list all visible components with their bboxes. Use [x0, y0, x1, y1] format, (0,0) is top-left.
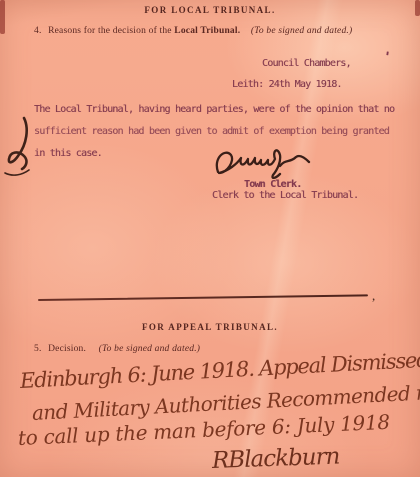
- appeal-signature: RBlackburn: [212, 444, 340, 474]
- divider-tail-mark: ,: [372, 288, 375, 304]
- item5-note: (To be signed and dated.): [99, 344, 201, 354]
- stray-ink-mark: ': [382, 50, 391, 66]
- item4-note: (To be signed and dated.): [251, 26, 353, 36]
- local-tribunal-section-header: FOR LOCAL TRIBUNAL.: [0, 5, 420, 15]
- handwritten-margin-mark: [2, 114, 36, 178]
- item4-label-bold: Local Tribunal.: [174, 26, 240, 36]
- item5-label: Decision.: [48, 344, 86, 354]
- clerk-title: Town Clerk.: [244, 179, 301, 190]
- decision-body-line: sufficient reason had been given to admi…: [34, 126, 389, 137]
- item4-label: Reasons for the decision of the: [48, 26, 172, 36]
- place-line: Council Chambers,: [262, 58, 351, 69]
- item4-line: 4. Reasons for the decision of the Local…: [34, 26, 352, 36]
- decision-body-line: in this case.: [34, 148, 102, 159]
- section-divider: [38, 294, 368, 301]
- clerk-subtitle: Clerk to the Local Tribunal.: [212, 190, 358, 201]
- appeal-tribunal-section-header: FOR APPEAL TRIBUNAL.: [0, 322, 420, 332]
- item5-number: 5.: [34, 344, 42, 354]
- tribunal-form-page: FOR LOCAL TRIBUNAL. 4. Reasons for the d…: [0, 0, 420, 477]
- item5-line: 5. Decision. (To be signed and dated.): [34, 344, 200, 354]
- date-line: Leith: 24th May 1918.: [232, 79, 342, 90]
- decision-body-line: The Local Tribunal, having heard parties…: [34, 104, 394, 115]
- item4-number: 4.: [34, 26, 42, 36]
